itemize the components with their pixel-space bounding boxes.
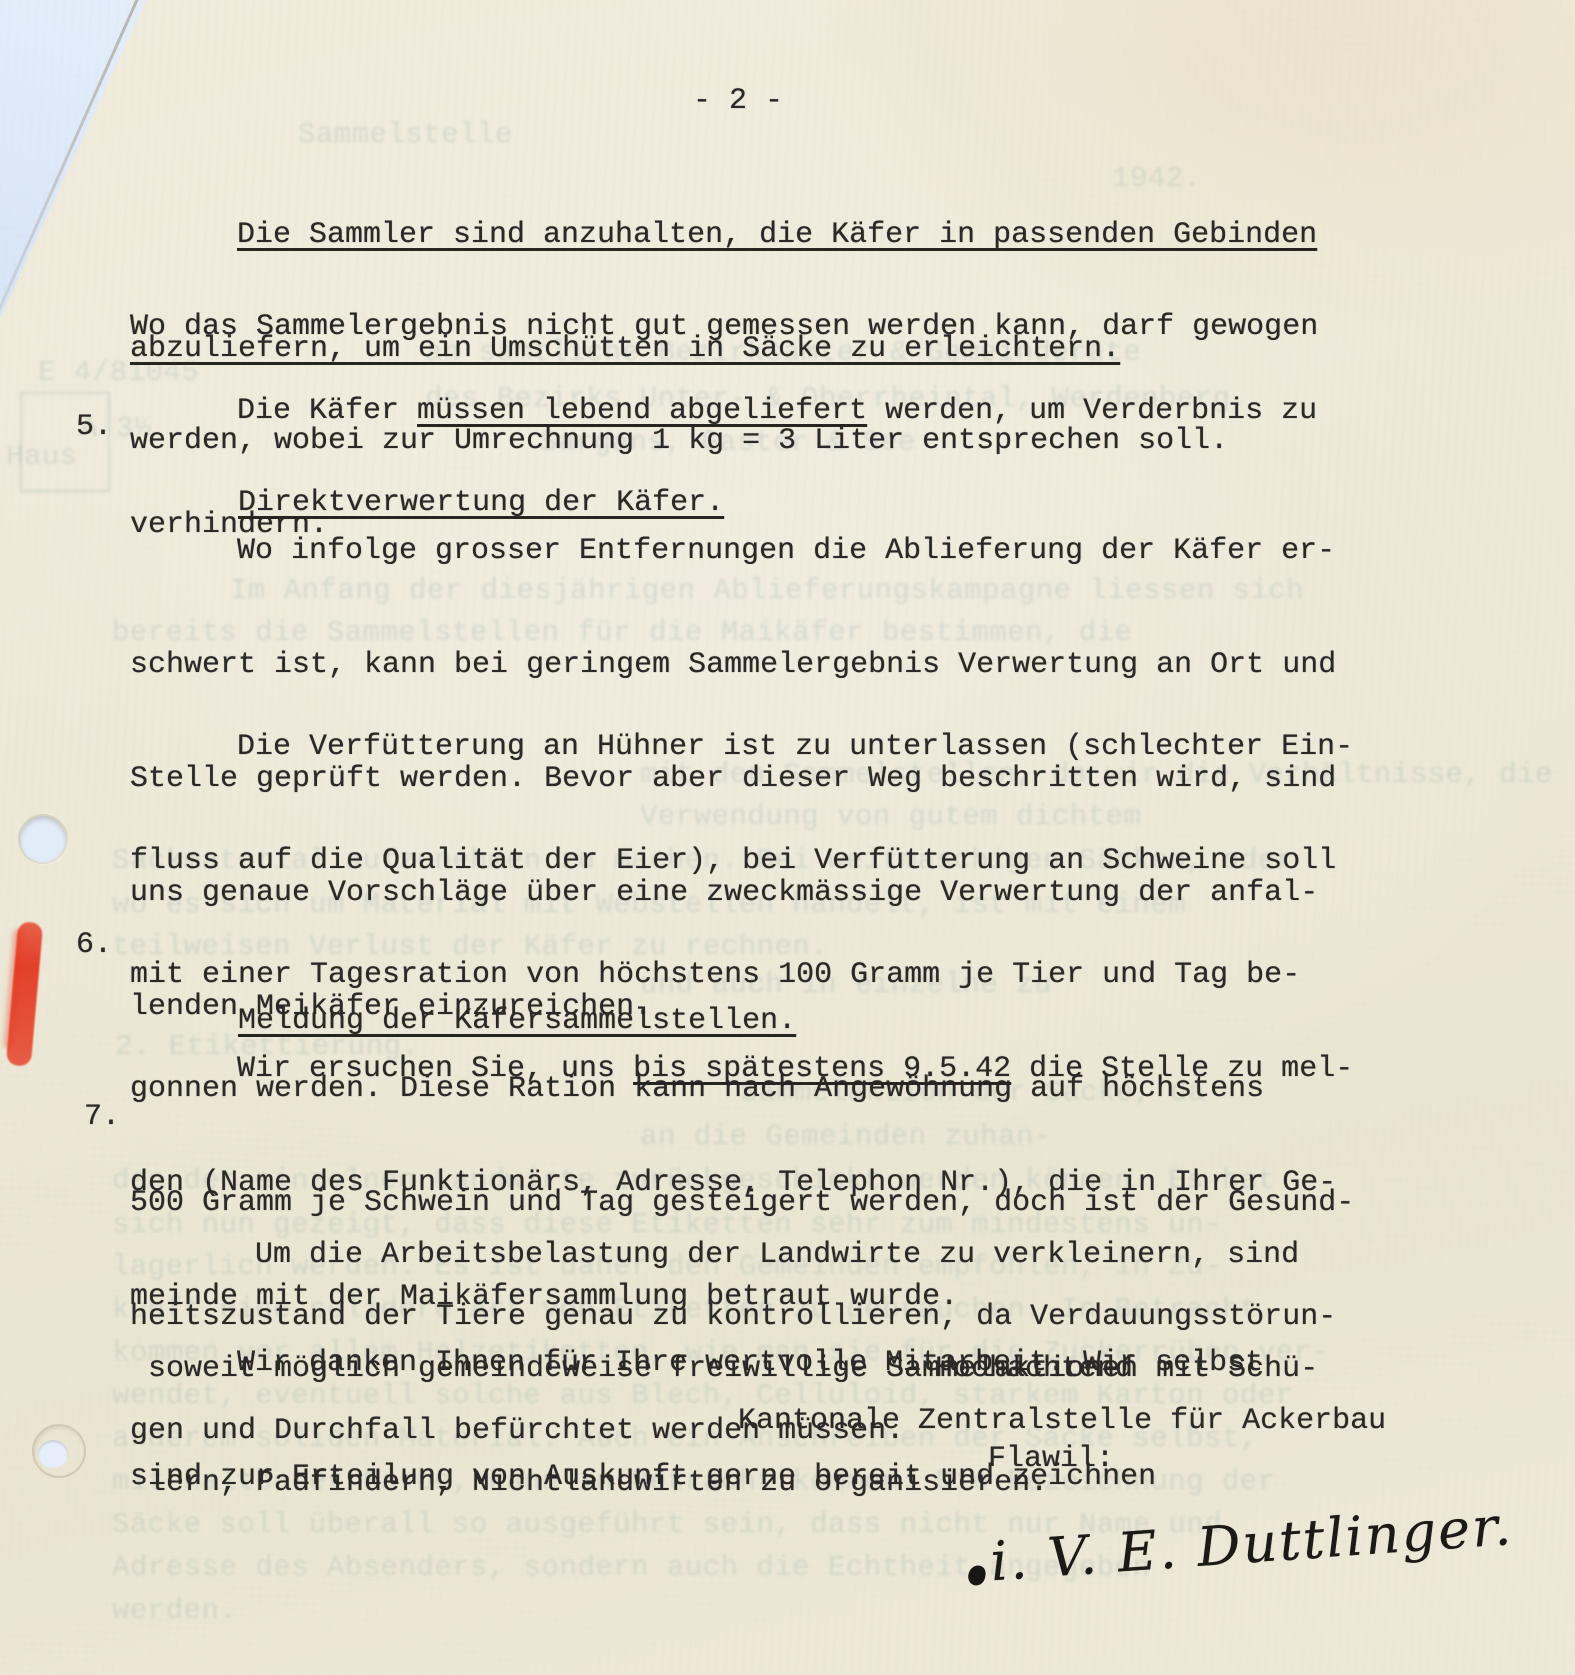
organization-name: Kantonale Zentralstelle für Ackerbau (738, 1402, 1386, 1440)
list-number-6: 6. (76, 926, 112, 964)
underlined-deadline: bis spätestens 9.5.42 (633, 1052, 1011, 1086)
list-number-5: 5. (76, 408, 112, 446)
place-name: Flawil: (988, 1440, 1114, 1478)
scanned-letter-page: Sammelstelle1942.an sämtliche Bezirksämt… (0, 0, 1575, 1675)
hole-punch-bottom (32, 1424, 86, 1478)
list-number-7: 7. (84, 1098, 120, 1136)
body-text: Wir ersuchen Sie, uns (237, 1052, 633, 1086)
signature-text: i. V. E. Duttlinger. (988, 1494, 1515, 1593)
body-line: Wo infolge grosser Entfernungen die Abli… (130, 532, 1336, 570)
ink-blot (967, 1564, 987, 1586)
body-text: die Stelle zu mel- (1011, 1052, 1353, 1086)
body-text: werden, um Verderbnis zu (867, 394, 1317, 428)
page-number: - 2 - (648, 82, 828, 120)
hole-punch-top (20, 816, 66, 862)
body-line: Die Verfütterung an Hühner ist zu unterl… (130, 728, 1354, 766)
salutation: Hochachtend (935, 1350, 1133, 1388)
hole-punch-opening (38, 1440, 68, 1468)
typed-text-layer: - 2 - Die Sammler sind anzuhalten, die K… (0, 0, 1575, 1675)
body-line: fluss auf die Qualität der Eier), bei Ve… (130, 842, 1354, 880)
